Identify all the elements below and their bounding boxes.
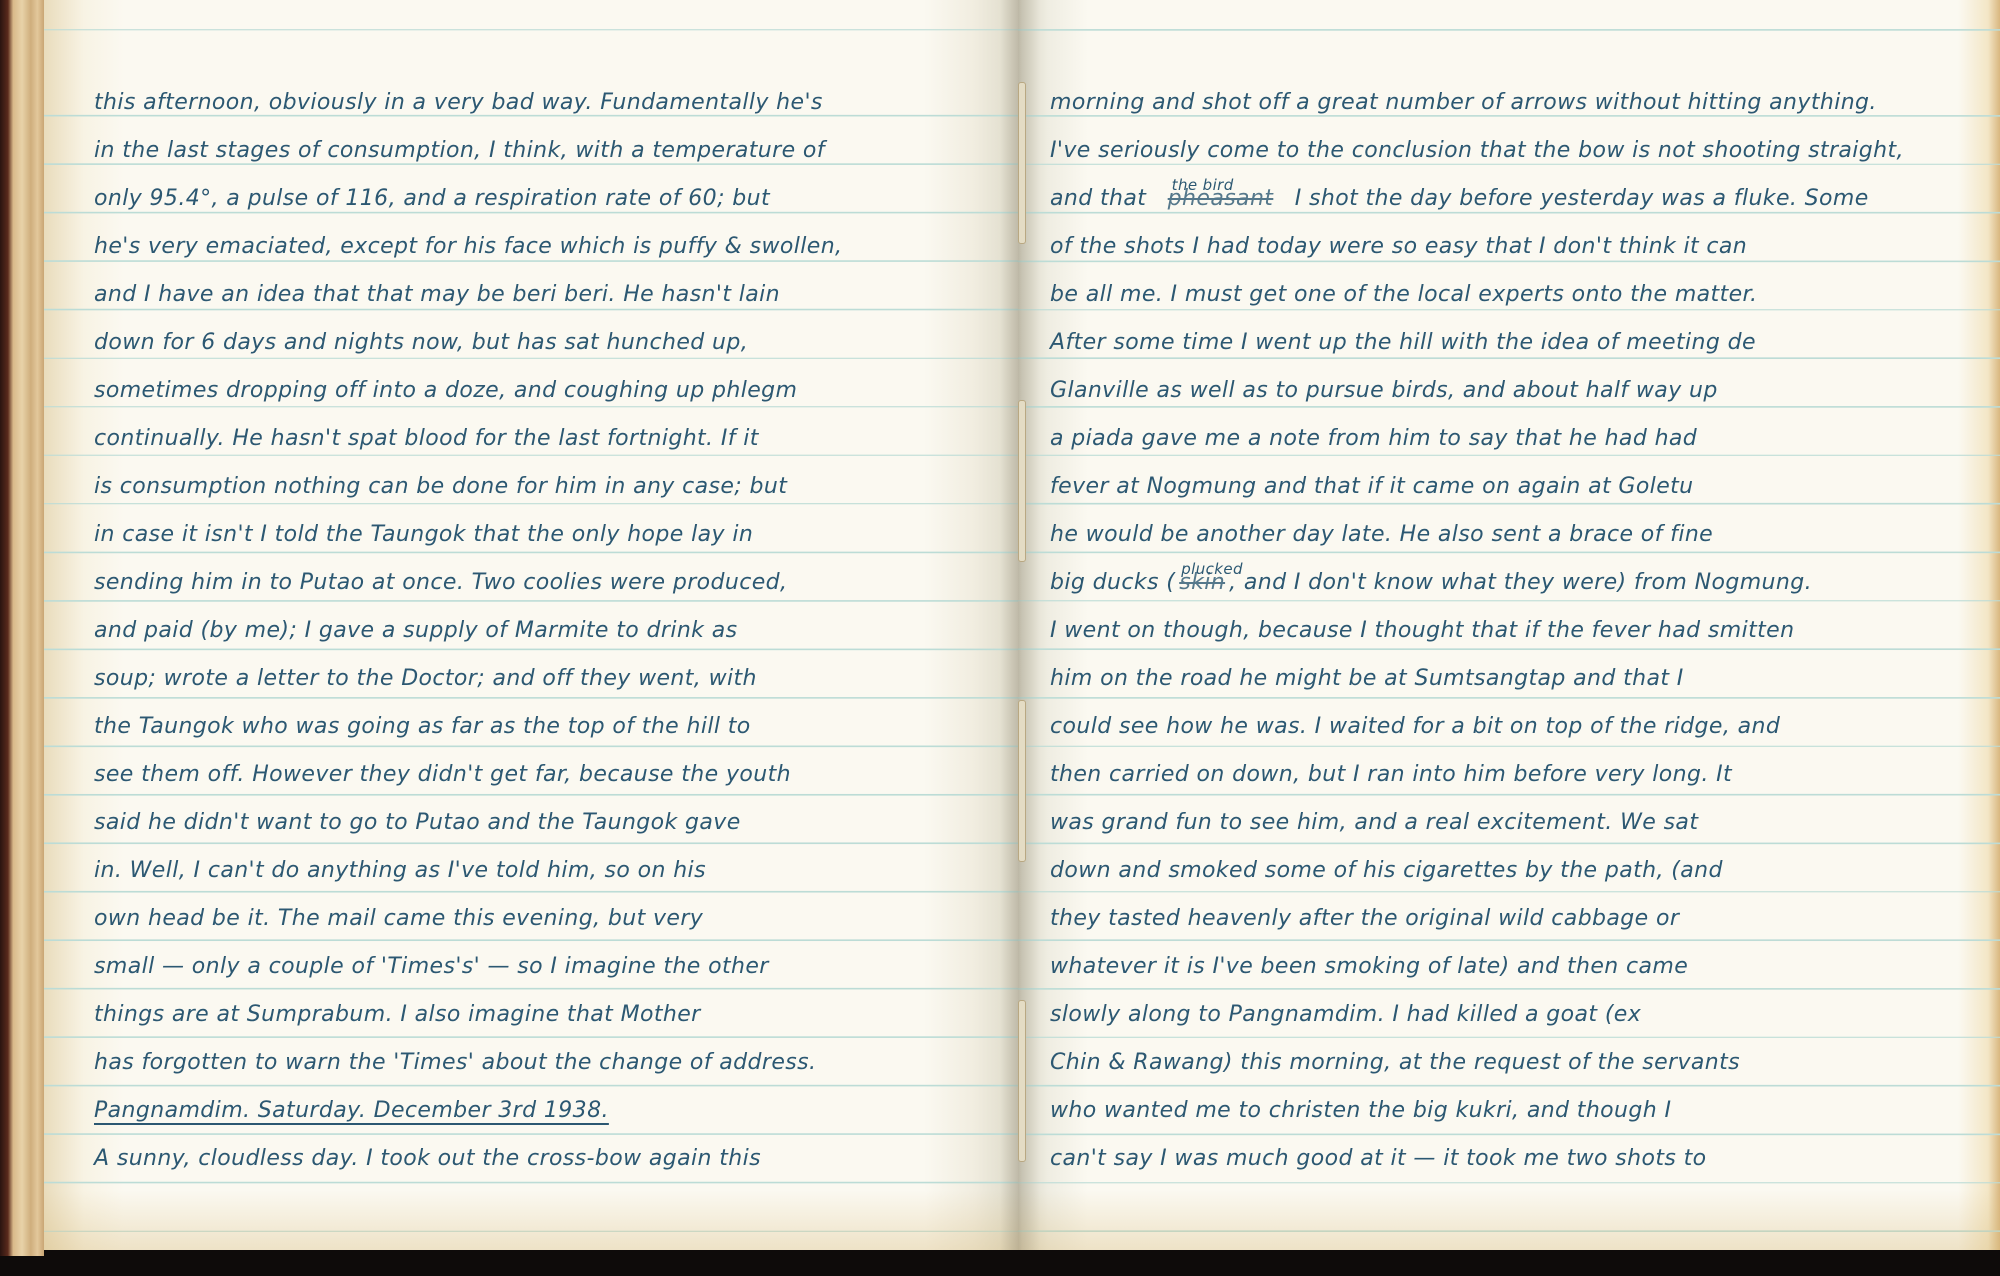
- text-line: in. Well, I can't do anything as I've to…: [94, 854, 974, 902]
- text-line: a piada gave me a note from him to say t…: [1050, 422, 1970, 470]
- text-line-with-correction: and that pheasant the bird I shot the da…: [1050, 182, 1970, 230]
- text-line: in case it isn't I told the Taungok that…: [94, 518, 974, 566]
- notebook-spread: this afternoon, obviously in a very bad …: [0, 0, 2000, 1256]
- text-line: continually. He hasn't spat blood for th…: [94, 422, 974, 470]
- text-line: sometimes dropping off into a doze, and …: [94, 374, 974, 422]
- text-line: they tasted heavenly after the original …: [1050, 902, 1970, 950]
- text-line: things are at Sumprabum. I also imagine …: [94, 998, 974, 1046]
- binding-stitch: [1018, 700, 1026, 862]
- text-fragment: and that: [1050, 186, 1146, 211]
- text-fragment: big ducks (: [1050, 570, 1175, 595]
- text-line: A sunny, cloudless day. I took out the c…: [94, 1142, 974, 1190]
- text-line: be all me. I must get one of the local e…: [1050, 278, 1970, 326]
- left-page: this afternoon, obviously in a very bad …: [44, 0, 1018, 1250]
- book-page-edges: [0, 0, 44, 1256]
- text-line: him on the road he might be at Sumtsangt…: [1050, 662, 1970, 710]
- text-fragment: I shot the day before yesterday was a fl…: [1295, 186, 1869, 211]
- text-line: is consumption nothing can be done for h…: [94, 470, 974, 518]
- page-stain: [1018, 1190, 2000, 1250]
- text-line: said he didn't want to go to Putao and t…: [94, 806, 974, 854]
- text-line: soup; wrote a letter to the Doctor; and …: [94, 662, 974, 710]
- text-fragment: , and I don't know what they were) from …: [1229, 570, 1812, 595]
- text-line: Chin & Rawang) this morning, at the requ…: [1050, 1046, 1970, 1094]
- inserted-word: the bird: [1172, 168, 1234, 202]
- text-line: down and smoked some of his cigarettes b…: [1050, 854, 1970, 902]
- text-line: this afternoon, obviously in a very bad …: [94, 86, 974, 134]
- text-line: was grand fun to see him, and a real exc…: [1050, 806, 1970, 854]
- text-line: and I have an idea that that may be beri…: [94, 278, 974, 326]
- text-line: of the shots I had today were so easy th…: [1050, 230, 1970, 278]
- text-line: I went on though, because I thought that…: [1050, 614, 1970, 662]
- text-line: fever at Nogmung and that if it came on …: [1050, 470, 1970, 518]
- text-line: has forgotten to warn the 'Times' about …: [94, 1046, 974, 1094]
- text-line: Glanville as well as to pursue birds, an…: [1050, 374, 1970, 422]
- text-line-with-correction: big ducks ( skin plucked , and I don't k…: [1050, 566, 1970, 614]
- text-line: in the last stages of consumption, I thi…: [94, 134, 974, 182]
- text-line: morning and shot off a great number of a…: [1050, 86, 1970, 134]
- text-line: and paid (by me); I gave a supply of Mar…: [94, 614, 974, 662]
- page-stain: [44, 1190, 1018, 1250]
- text-line: the Taungok who was going as far as the …: [94, 710, 974, 758]
- text-line: whatever it is I've been smoking of late…: [1050, 950, 1970, 998]
- text-line: sending him in to Putao at once. Two coo…: [94, 566, 974, 614]
- text-line: down for 6 days and nights now, but has …: [94, 326, 974, 374]
- text-line: see them off. However they didn't get fa…: [94, 758, 974, 806]
- text-line: small — only a couple of 'Times's' — so …: [94, 950, 974, 998]
- text-line: he's very emaciated, except for his face…: [94, 230, 974, 278]
- text-line: own head be it. The mail came this eveni…: [94, 902, 974, 950]
- text-line: can't say I was much good at it — it too…: [1050, 1142, 1970, 1190]
- binding-stitch: [1018, 82, 1026, 244]
- text-line: slowly along to Pangnamdim. I had killed…: [1050, 998, 1970, 1046]
- right-page: morning and shot off a great number of a…: [1018, 0, 2000, 1250]
- left-page-text: this afternoon, obviously in a very bad …: [94, 86, 974, 1190]
- text-line: only 95.4°, a pulse of 116, and a respir…: [94, 182, 974, 230]
- text-line: then carried on down, but I ran into him…: [1050, 758, 1970, 806]
- text-line: who wanted me to christen the big kukri,…: [1050, 1094, 1970, 1142]
- text-line: After some time I went up the hill with …: [1050, 326, 1970, 374]
- binding-stitch: [1018, 1000, 1026, 1162]
- inserted-word: plucked: [1181, 552, 1243, 586]
- text-line: could see how he was. I waited for a bit…: [1050, 710, 1970, 758]
- binding-stitch: [1018, 400, 1026, 562]
- right-page-text: morning and shot off a great number of a…: [1050, 86, 1970, 1190]
- entry-date-heading: Pangnamdim. Saturday. December 3rd 1938.: [94, 1094, 974, 1142]
